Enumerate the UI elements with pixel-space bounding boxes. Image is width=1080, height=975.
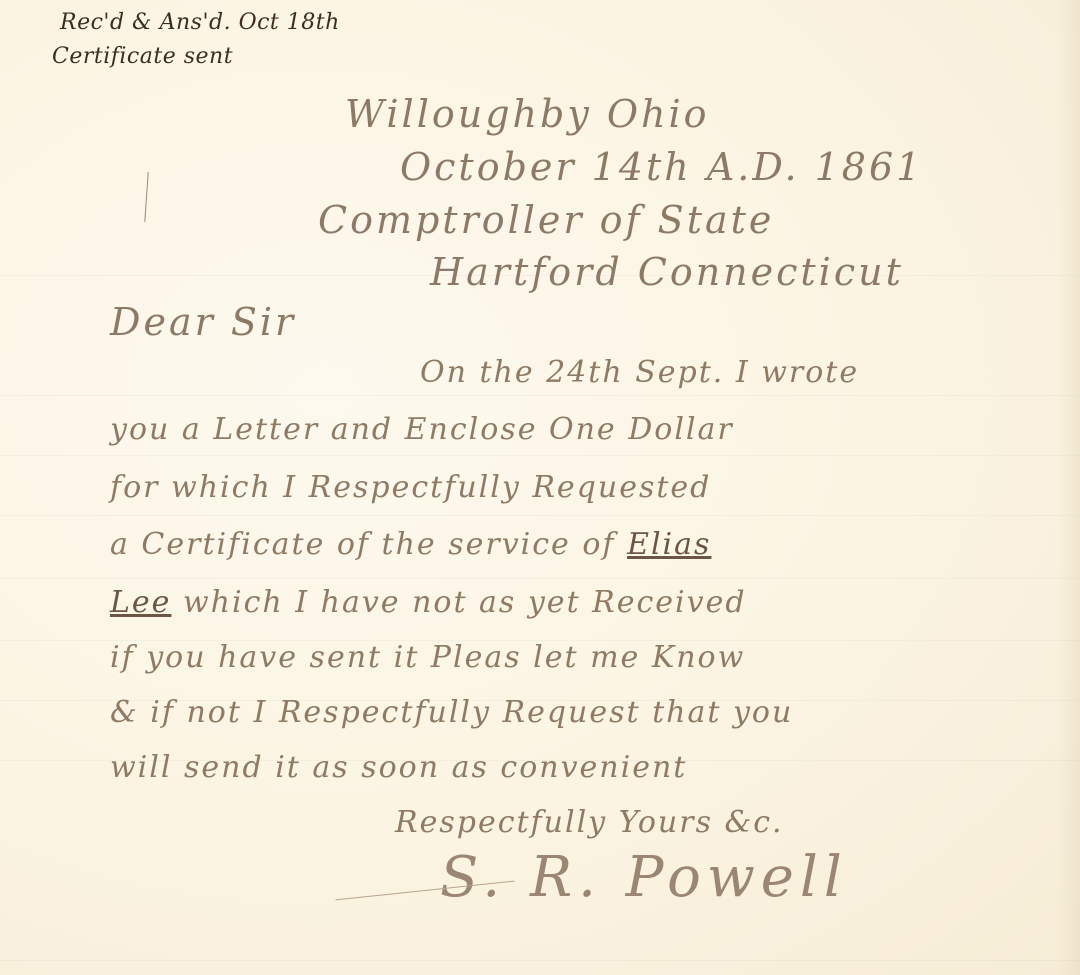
body-line-1: On the 24th Sept. I wrote bbox=[420, 355, 859, 390]
heading-place: Willoughby Ohio bbox=[345, 92, 710, 136]
body-line-5-text: which I have not as yet Received bbox=[183, 585, 747, 620]
body-line-5: Lee which I have not as yet Received bbox=[110, 585, 747, 620]
annotation-certificate-sent: Certificate sent bbox=[52, 44, 233, 69]
ruled-line bbox=[0, 578, 1080, 579]
ruled-line bbox=[0, 455, 1080, 456]
signature: S. R. Powell bbox=[440, 845, 848, 910]
body-line-4: a Certificate of the service of Elias bbox=[110, 527, 711, 562]
name-lee: Lee bbox=[110, 585, 171, 620]
body-line-2: you a Letter and Enclose One Dollar bbox=[110, 412, 734, 447]
body-line-8: will send it as soon as convenient bbox=[110, 750, 687, 785]
heading-date: October 14th A.D. 1861 bbox=[400, 145, 923, 189]
ruled-line bbox=[0, 515, 1080, 516]
ruled-line bbox=[0, 395, 1080, 396]
annotation-received: Rec'd & Ans'd. Oct 18th bbox=[60, 10, 340, 35]
ruled-line bbox=[0, 960, 1080, 961]
salutation: Dear Sir bbox=[110, 300, 296, 344]
name-elias: Elias bbox=[627, 527, 711, 562]
body-line-7: & if not I Respectfully Request that you bbox=[110, 695, 793, 730]
body-line-6: if you have sent it Pleas let me Know bbox=[110, 640, 745, 675]
margin-pen-stroke bbox=[144, 172, 148, 222]
body-line-4-text: a Certificate of the service of bbox=[110, 527, 616, 562]
closing: Respectfully Yours &c. bbox=[395, 805, 784, 840]
letter-page: Rec'd & Ans'd. Oct 18th Certificate sent… bbox=[0, 0, 1080, 975]
heading-recipient: Comptroller of State bbox=[318, 198, 774, 242]
body-line-3: for which I Respectfully Requested bbox=[110, 470, 711, 505]
heading-recipient-city: Hartford Connecticut bbox=[430, 250, 904, 294]
